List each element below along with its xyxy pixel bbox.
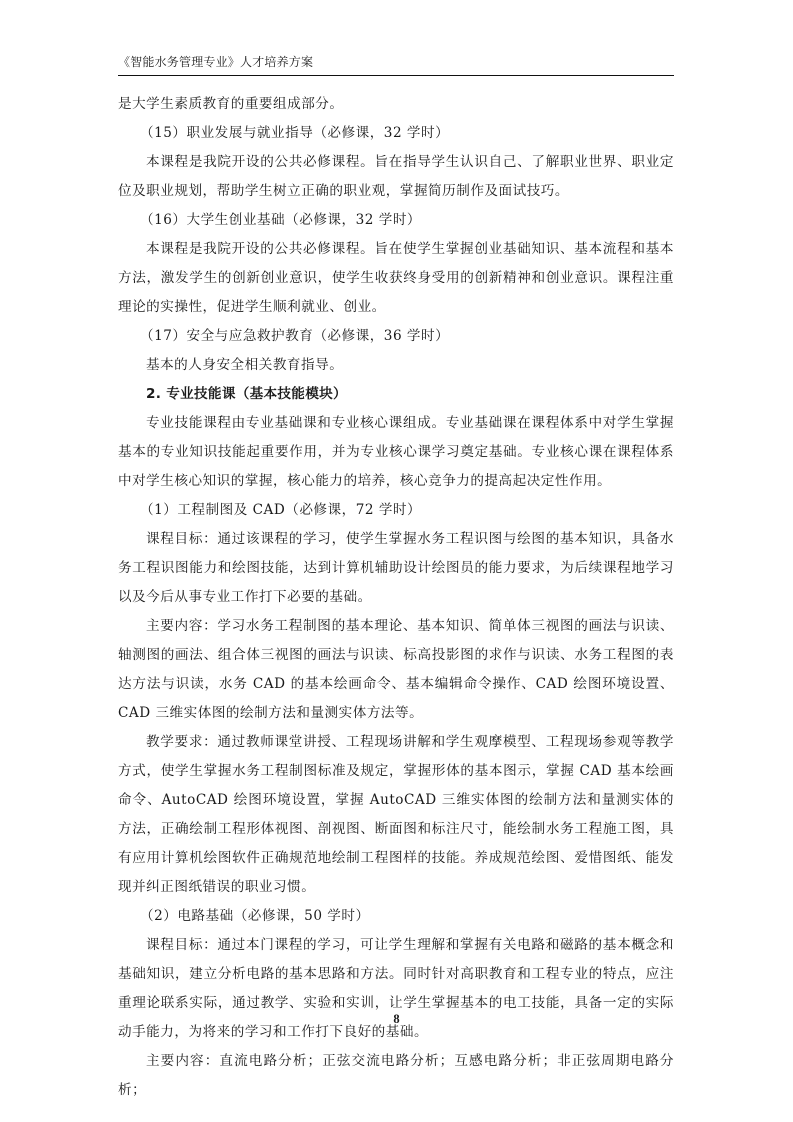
section-2-heading: 2. 专业技能课（基本技能模块） (118, 380, 674, 409)
skill-course-1-goal: 课程目标：通过该课程的学习，使学生掌握水务工程识图与绘图的基本知识，具备水务工程… (118, 525, 674, 612)
document-title: 《智能水务管理专业》人才培养方案 (118, 54, 674, 70)
skill-course-2-heading: （2）电路基础（必修课，50 学时） (118, 902, 674, 931)
section-2-description: 专业技能课程由专业基础课和专业核心课组成。专业基础课在课程体系中对学生掌握基本的… (118, 409, 674, 496)
skill-course-1-requirement: 教学要求：通过教师课堂讲授、工程现场讲解和学生观摩模型、工程现场参观等教学方式，… (118, 728, 674, 902)
course-16-heading: （16）大学生创业基础（必修课，32 学时） (118, 206, 674, 235)
paragraph-continuation: 是大学生素质教育的重要组成部分。 (118, 90, 674, 119)
skill-course-2-goal: 课程目标：通过本门课程的学习，可让学生理解和掌握有关电路和磁路的基本概念和基础知… (118, 931, 674, 1047)
skill-course-2-content: 主要内容：直流电路分析；正弦交流电路分析；互感电路分析；非正弦周期电路分析； (118, 1047, 674, 1105)
page-number: 8 (0, 1012, 793, 1027)
course-15-description: 本课程是我院开设的公共必修课程。旨在指导学生认识自己、了解职业世界、职业定位及职… (118, 148, 674, 206)
skill-course-1-heading: （1）工程制图及 CAD（必修课，72 学时） (118, 496, 674, 525)
page-header: 《智能水务管理专业》人才培养方案 (118, 54, 674, 76)
course-17-heading: （17）安全与应急救护教育（必修课，36 学时） (118, 322, 674, 351)
page-body: 是大学生素质教育的重要组成部分。 （15）职业发展与就业指导（必修课，32 学时… (118, 90, 674, 1105)
course-16-description: 本课程是我院开设的公共必修课程。旨在使学生掌握创业基础知识、基本流程和基本方法，… (118, 235, 674, 322)
course-17-description: 基本的人身安全相关教育指导。 (118, 351, 674, 380)
course-15-heading: （15）职业发展与就业指导（必修课，32 学时） (118, 119, 674, 148)
skill-course-1-content: 主要内容：学习水务工程制图的基本理论、基本知识、简单体三视图的画法与识读、轴测图… (118, 612, 674, 728)
